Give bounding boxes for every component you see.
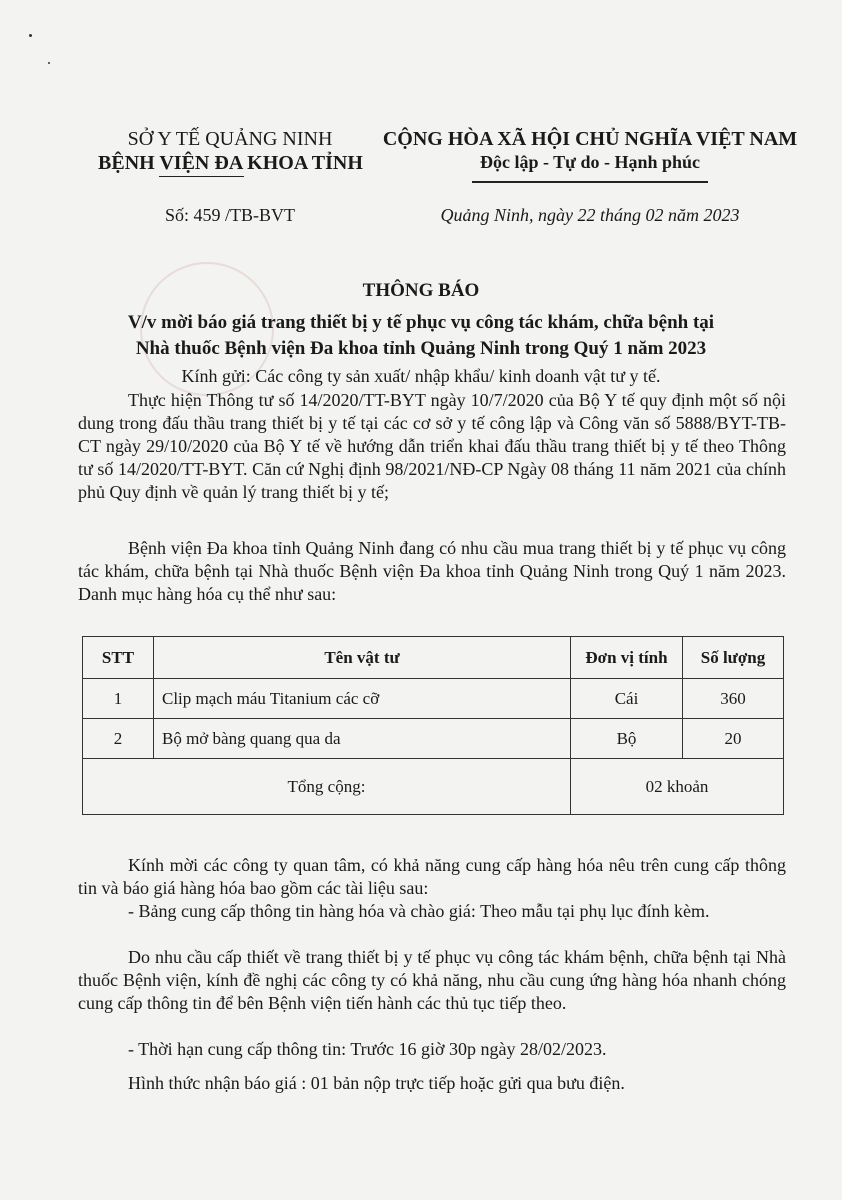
- document-title: THÔNG BÁO: [0, 280, 842, 302]
- place-and-date: Quảng Ninh, ngày 22 tháng 02 năm 2023: [390, 205, 790, 226]
- scan-speck: [29, 34, 32, 37]
- paragraph-demand: Bệnh viện Đa khoa tỉnh Quảng Ninh đang c…: [78, 537, 786, 606]
- table-row: 1 Clip mạch máu Titanium các cỡ Cái 360: [83, 679, 784, 719]
- national-title: CỘNG HÒA XÃ HỘI CHỦ NGHĨA VIỆT NAM: [375, 128, 805, 151]
- subject-line-1: V/v mời báo giá trang thiết bị y tế phục…: [0, 310, 842, 336]
- paragraph-text: - Thời hạn cung cấp thông tin: Trước 16 …: [128, 1039, 606, 1059]
- paragraph-invitation: Kính mời các công ty quan tâm, có khả nă…: [78, 854, 786, 900]
- paragraph-attachment: - Bảng cung cấp thông tin hàng hóa và ch…: [78, 900, 786, 923]
- paragraph-text: Hình thức nhận báo giá : 01 bản nộp trực…: [128, 1073, 625, 1093]
- paragraph-legal-basis: Thực hiện Thông tư số 14/2020/TT-BYT ngà…: [78, 389, 786, 504]
- agency-underline: [159, 176, 244, 177]
- national-motto: Độc lập - Tự do - Hạnh phúc: [375, 152, 805, 173]
- cell-quantity: 360: [683, 679, 784, 719]
- table-total-row: Tổng cộng: 02 khoản: [83, 759, 784, 815]
- cell-unit: Bộ: [571, 719, 683, 759]
- cell-unit: Cái: [571, 679, 683, 719]
- cell-name: Bộ mở bàng quang qua da: [154, 719, 571, 759]
- cell-name: Clip mạch máu Titanium các cỡ: [154, 679, 571, 719]
- table-header-row: STT Tên vật tư Đơn vị tính Số lượng: [83, 637, 784, 679]
- recipient-line: Kính gửi: Các công ty sản xuất/ nhập khẩ…: [0, 366, 842, 387]
- paragraph-text: Bệnh viện Đa khoa tỉnh Quảng Ninh đang c…: [78, 538, 786, 604]
- document-subject: V/v mời báo giá trang thiết bị y tế phục…: [0, 310, 842, 362]
- items-table: STT Tên vật tư Đơn vị tính Số lượng 1 Cl…: [82, 636, 784, 815]
- table-row: 2 Bộ mở bàng quang qua da Bộ 20: [83, 719, 784, 759]
- col-header-unit: Đơn vị tính: [571, 637, 683, 679]
- paragraph-text: Do nhu cầu cấp thiết về trang thiết bị y…: [78, 947, 786, 1013]
- motto-underline: [472, 181, 708, 183]
- col-header-stt: STT: [83, 637, 154, 679]
- cell-stt: 2: [83, 719, 154, 759]
- document-number: Số: 459 /TB-BVT: [95, 205, 365, 226]
- paragraph-text: Thực hiện Thông tư số 14/2020/TT-BYT ngà…: [78, 390, 786, 502]
- subject-line-2: Nhà thuốc Bệnh viện Đa khoa tỉnh Quảng N…: [0, 336, 842, 362]
- paragraph-submission-method: Hình thức nhận báo giá : 01 bản nộp trực…: [78, 1072, 786, 1095]
- paragraph-text: - Bảng cung cấp thông tin hàng hóa và ch…: [128, 901, 710, 921]
- agency-name: SỞ Y TẾ QUẢNG NINH: [95, 128, 365, 151]
- total-value: 02 khoản: [571, 759, 784, 815]
- paragraph-deadline: - Thời hạn cung cấp thông tin: Trước 16 …: [78, 1038, 786, 1061]
- hospital-name: BỆNH VIỆN ĐA KHOA TỈNH: [88, 152, 373, 175]
- cell-quantity: 20: [683, 719, 784, 759]
- total-label: Tổng cộng:: [83, 759, 571, 815]
- paragraph-text: Kính mời các công ty quan tâm, có khả nă…: [78, 855, 786, 898]
- document-page: SỞ Y TẾ QUẢNG NINH BỆNH VIỆN ĐA KHOA TỈN…: [0, 0, 842, 1200]
- paragraph-urgency: Do nhu cầu cấp thiết về trang thiết bị y…: [78, 946, 786, 1015]
- scan-speck: [48, 62, 50, 64]
- col-header-quantity: Số lượng: [683, 637, 784, 679]
- col-header-name: Tên vật tư: [154, 637, 571, 679]
- cell-stt: 1: [83, 679, 154, 719]
